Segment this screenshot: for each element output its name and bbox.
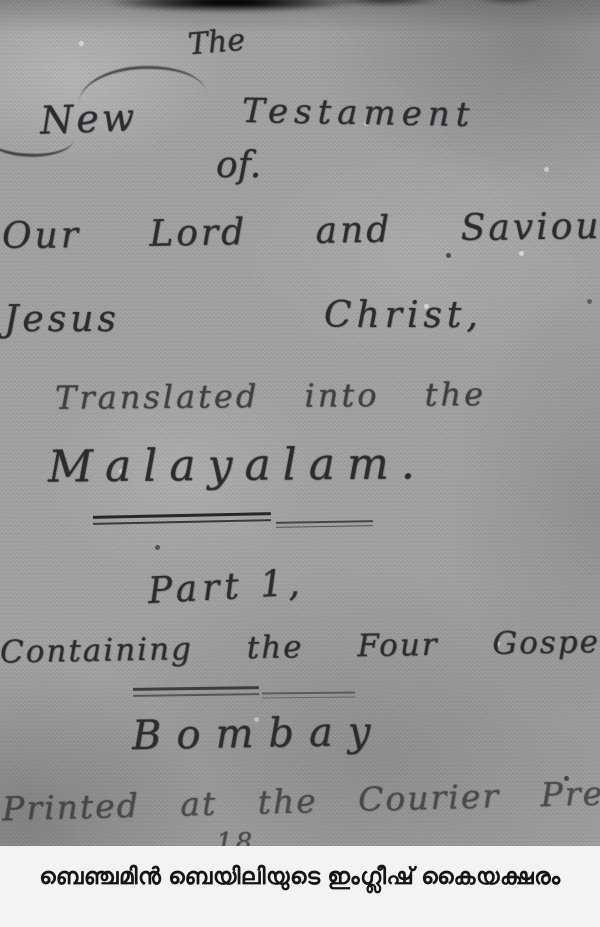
hw-line-new: New <box>39 98 138 139</box>
figure-page: The New Testament of. Our Lord and Savio… <box>0 0 600 927</box>
hw-line-translated-into-the: Translated into the <box>55 378 486 414</box>
paper-specks-dark <box>0 0 3 3</box>
caption-bar: ബെഞ്ചമിൻ ബെയിലിയുടെ ഇംഗ്ലീഷ് കൈയക്ഷരം <box>0 846 600 927</box>
double-rule-2-left <box>133 686 259 697</box>
hw-line-bombay: Bombay <box>132 712 386 756</box>
caption-text: ബെഞ്ചമിൻ ബെയിലിയുടെ ഇംഗ്ലീഷ് കൈയക്ഷരം <box>39 863 560 890</box>
hw-line-containing-four-gospels: Containing the Four Gospels <box>0 627 600 669</box>
hw-line-our-lord-and-saviour: Our Lord and Saviour <box>2 209 600 256</box>
hw-line-malayalam: Malayalam. <box>48 442 427 489</box>
double-rule-left <box>93 512 271 525</box>
hw-line-part-1: Part 1, <box>147 566 305 610</box>
hw-line-year-partial: 18 <box>216 830 255 846</box>
hw-line-christ: Christ, <box>324 298 483 334</box>
double-rule-right <box>276 520 373 528</box>
hw-line-the: The <box>187 26 246 61</box>
hw-line-testament: Testament <box>242 94 476 132</box>
manuscript-photo: The New Testament of. Our Lord and Savio… <box>0 0 600 846</box>
photo-top-edge-shadow <box>103 0 358 12</box>
hw-line-jesus: Jesus <box>4 302 120 338</box>
double-rule-2-right <box>262 692 355 699</box>
photo-top-edge-shadow <box>475 0 545 4</box>
hw-line-printed-at-courier-press: Printed at the Courier Press <box>2 776 600 826</box>
hw-line-of: of. <box>216 148 261 184</box>
